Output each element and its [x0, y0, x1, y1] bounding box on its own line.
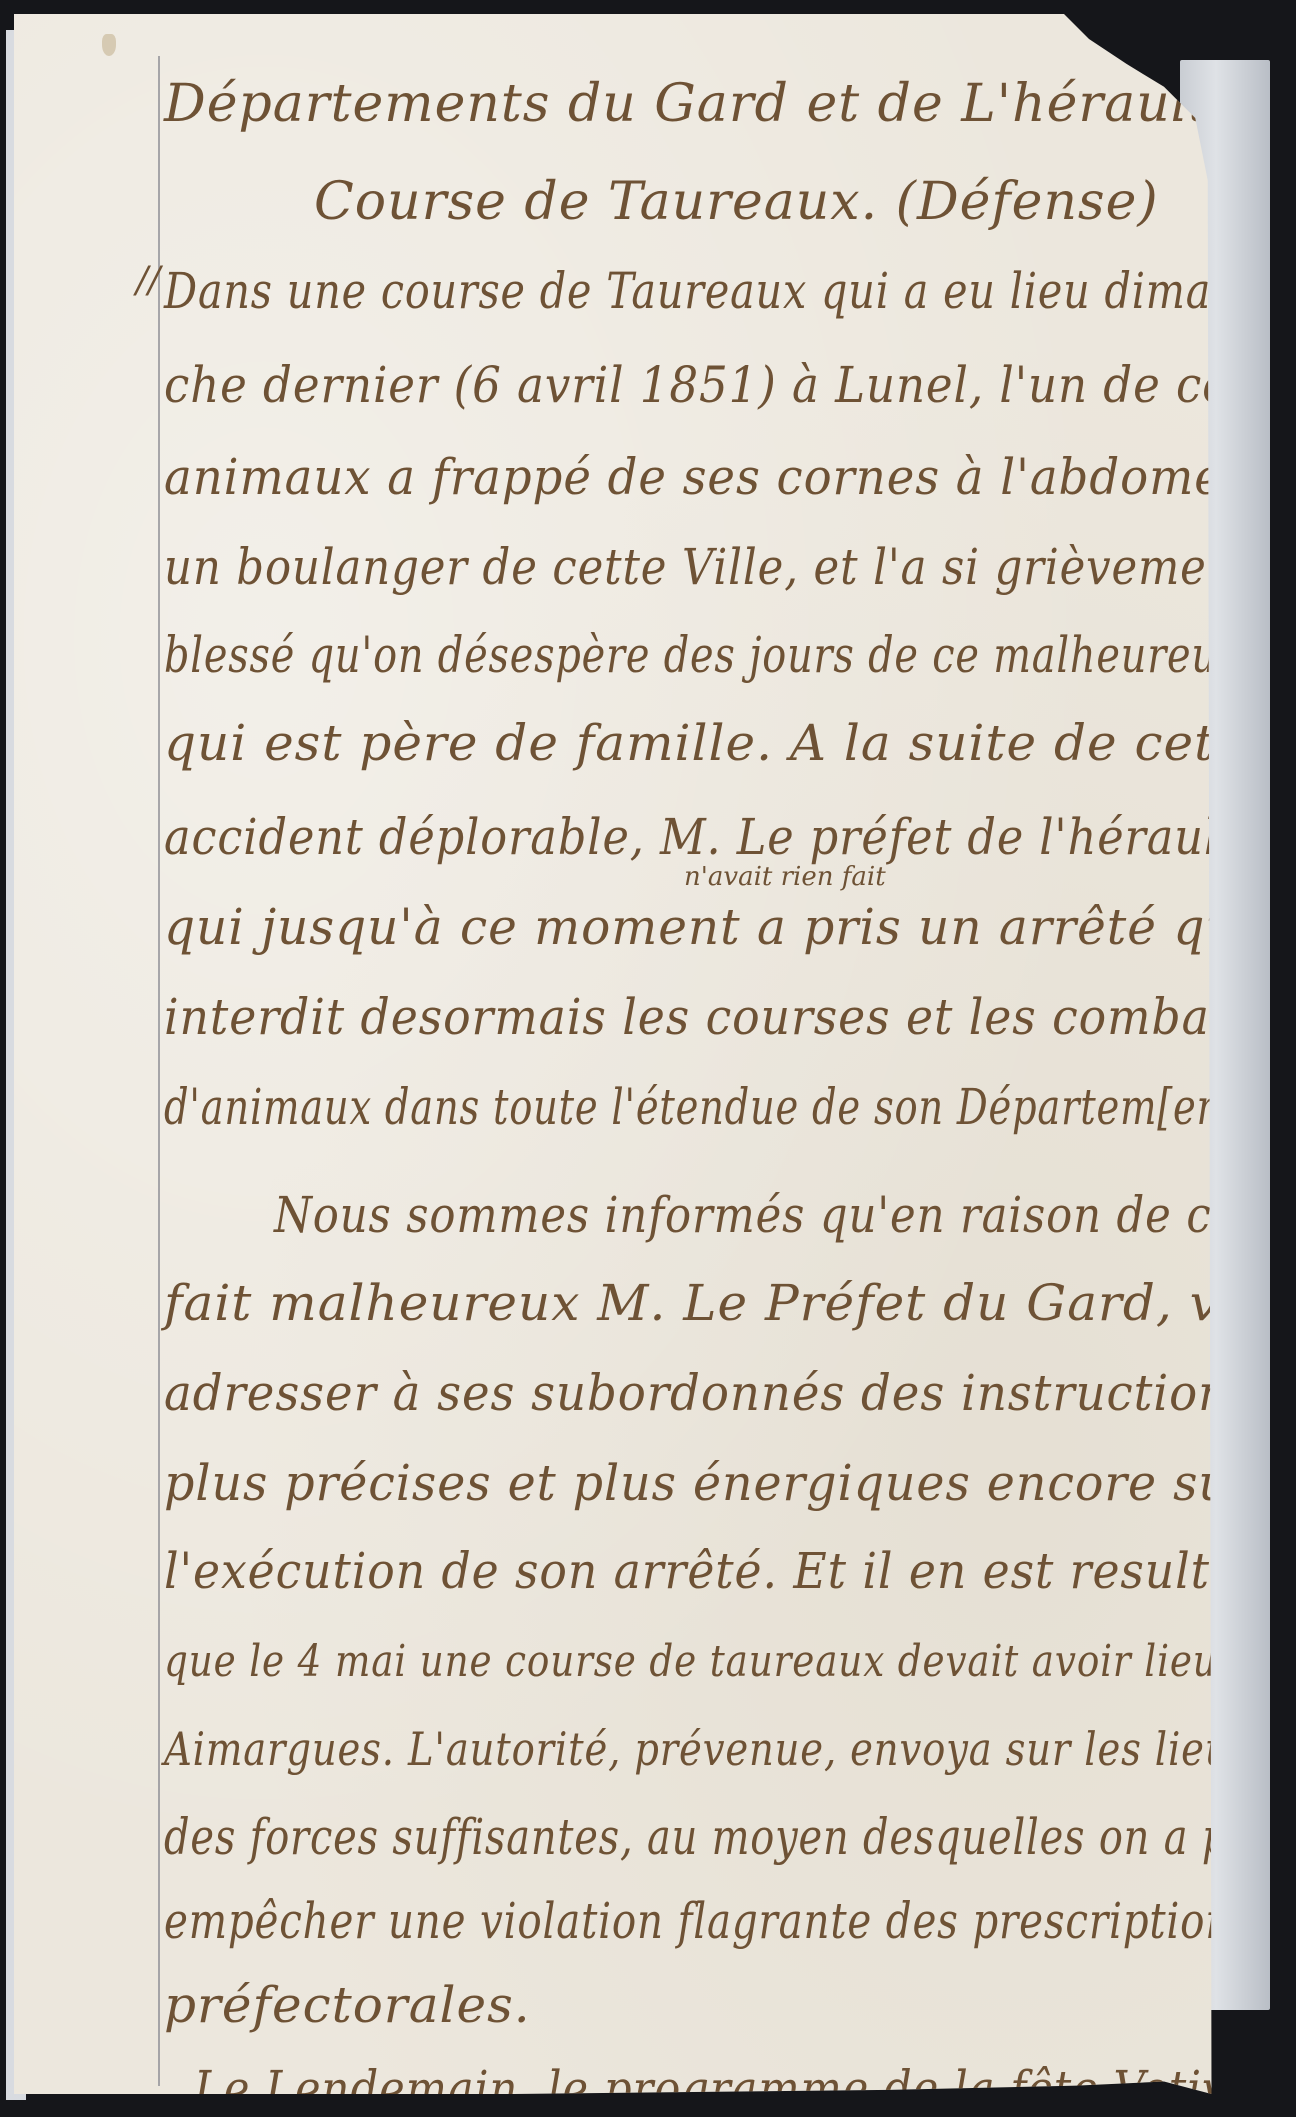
text-line: animaux a frappé de ses cornes à l'abdom…	[164, 448, 1254, 506]
text-line: préfectorales.	[164, 1976, 531, 2034]
text-line: des forces suffisantes, au moyen desquel…	[164, 1808, 1255, 1866]
text-line: empêcher une violation flagrante des pre…	[164, 1892, 1254, 1950]
text-line: accident déplorable, M. Le préfet de l'h…	[164, 808, 1253, 866]
manuscript-page: // Départements du Gard et de L'hérault.…	[14, 14, 1264, 2094]
heading-line-1: Départements du Gard et de L'hérault.	[164, 74, 1228, 134]
heading-line-2: Course de Taureaux. (Défense)	[314, 172, 1159, 232]
text-line: qui est père de famille. A la suite de c…	[164, 714, 1233, 772]
paragraph-mark: //	[136, 260, 160, 301]
paper-stain	[102, 34, 116, 56]
text-line: Le Lendemain, le programme de la fête Vo…	[194, 2060, 1254, 2117]
text-line: Dans une course de Taureaux qui a eu lie…	[164, 262, 1253, 320]
interlinear-insertion: n'avait rien fait	[684, 862, 886, 892]
text-line: d'animaux dans toute l'étendue de son Dé…	[164, 1078, 1254, 1136]
text-line: plus précises et plus énergiques encore …	[164, 1454, 1254, 1512]
text-line: qui jusqu'à ce moment a pris un arrêté q…	[164, 898, 1254, 956]
margin-rule	[158, 56, 160, 2086]
text-line: che dernier (6 avril 1851) à Lunel, l'un…	[164, 356, 1254, 414]
text-line: que le 4 mai une course de taureaux deva…	[164, 1636, 1253, 1687]
text-line: fait malheureux M. Le Préfet du Gard, va	[164, 1274, 1250, 1332]
text-line: Aimargues. L'autorité, prévenue, envoya …	[164, 1722, 1253, 1776]
text-line: l'exécution de son arrêté. Et il en est …	[164, 1542, 1254, 1600]
text-line: un boulanger de cette Ville, et l'a si g…	[164, 538, 1254, 596]
text-line: Nous sommes informés qu'en raison de ce-	[274, 1186, 1254, 1244]
text-line: adresser à ses subordonnés des instructi…	[164, 1364, 1254, 1422]
text-line: blessé qu'on désespère des jours de ce m…	[164, 626, 1255, 684]
text-line: interdit desormais les courses et les co…	[164, 988, 1254, 1046]
